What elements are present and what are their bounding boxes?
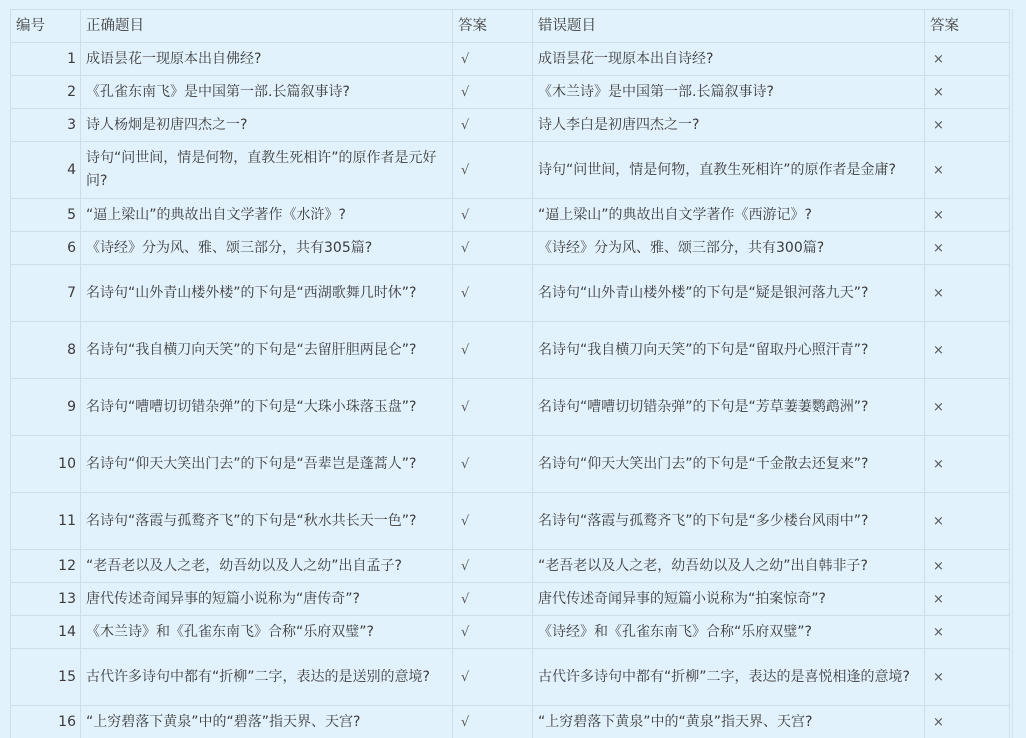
row-num: 5 [11,199,81,232]
table-row: 13 唐代传述奇闻异事的短篇小说称为“唐传奇”? √ 唐代传述奇闻异事的短篇小说… [11,583,1010,616]
row-num: 3 [11,109,81,142]
wrong-question: 成语昙花一现原本出自诗经? [533,43,925,76]
wrong-question: 名诗句“仰天大笑出门去”的下句是“千金散去还复来”? [533,436,925,493]
wrong-question: 名诗句“嘈嘈切切错杂弹”的下句是“芳草萋萋鹦鹉洲”? [533,379,925,436]
check-icon: √ [453,706,533,738]
table-row: 14 《木兰诗》和《孔雀东南飞》合称“乐府双璧”? √ 《诗经》和《孔雀东南飞》… [11,616,1010,649]
correct-question: “逼上梁山”的典故出自文学著作《水浒》? [81,199,453,232]
correct-question: 诗人杨炯是初唐四杰之一? [81,109,453,142]
table-row: 11 名诗句“落霞与孤鹜齐飞”的下句是“秋水共长天一色”? √ 名诗句“落霞与孤… [11,493,1010,550]
wrong-question: “上穷碧落下黄泉”中的“黄泉”指天界、天宫? [533,706,925,738]
wrong-question: 名诗句“山外青山楼外楼”的下句是“疑是银河落九天”? [533,265,925,322]
check-icon: √ [453,76,533,109]
cross-icon: × [925,265,1010,322]
table-row: 4 诗句“问世间，情是何物，直教生死相许”的原作者是元好问? √ 诗句“问世间，… [11,142,1010,199]
wrong-question: 《木兰诗》是中国第一部.长篇叙事诗? [533,76,925,109]
row-num: 13 [11,583,81,616]
correct-question: 名诗句“仰天大笑出门去”的下句是“吾辈岂是蓬蒿人”? [81,436,453,493]
table-row: 3 诗人杨炯是初唐四杰之一? √ 诗人李白是初唐四杰之一? × [11,109,1010,142]
check-icon: √ [453,436,533,493]
cross-icon: × [925,550,1010,583]
check-icon: √ [453,649,533,706]
check-icon: √ [453,265,533,322]
row-num: 12 [11,550,81,583]
cross-icon: × [925,493,1010,550]
check-icon: √ [453,199,533,232]
check-icon: √ [453,550,533,583]
check-icon: √ [453,322,533,379]
check-icon: √ [453,379,533,436]
row-num: 9 [11,379,81,436]
correct-question: 成语昙花一现原本出自佛经? [81,43,453,76]
header-correct-question: 正确题目 [81,10,453,43]
cross-icon: × [925,436,1010,493]
check-icon: √ [453,616,533,649]
cross-icon: × [925,109,1010,142]
cross-icon: × [925,616,1010,649]
correct-question: 名诗句“嘈嘈切切错杂弹”的下句是“大珠小珠落玉盘”? [81,379,453,436]
cross-icon: × [925,142,1010,199]
correct-question: 《木兰诗》和《孔雀东南飞》合称“乐府双璧”? [81,616,453,649]
cross-icon: × [925,43,1010,76]
table-row: 16 “上穷碧落下黄泉”中的“碧落”指天界、天宫? √ “上穷碧落下黄泉”中的“… [11,706,1010,738]
wrong-question: 诗人李白是初唐四杰之一? [533,109,925,142]
row-num: 2 [11,76,81,109]
row-num: 1 [11,43,81,76]
check-icon: √ [453,232,533,265]
correct-question: 诗句“问世间，情是何物，直教生死相许”的原作者是元好问? [81,142,453,199]
check-icon: √ [453,493,533,550]
wrong-question: 诗句“问世间，情是何物，直教生死相许”的原作者是金庸? [533,142,925,199]
correct-question: 《诗经》分为风、雅、颂三部分，共有305篇? [81,232,453,265]
correct-question: 唐代传述奇闻异事的短篇小说称为“唐传奇”? [81,583,453,616]
table-row: 1 成语昙花一现原本出自佛经? √ 成语昙花一现原本出自诗经? × [11,43,1010,76]
wrong-question: 名诗句“落霞与孤鹜齐飞”的下句是“多少楼台风雨中”? [533,493,925,550]
table-row: 9 名诗句“嘈嘈切切错杂弹”的下句是“大珠小珠落玉盘”? √ 名诗句“嘈嘈切切错… [11,379,1010,436]
correct-question: 名诗句“山外青山楼外楼”的下句是“西湖歌舞几时休”? [81,265,453,322]
wrong-question: 《诗经》和《孔雀东南飞》合称“乐府双璧”? [533,616,925,649]
row-num: 11 [11,493,81,550]
cross-icon: × [925,232,1010,265]
quiz-table: 编号 正确题目 答案 错误题目 答案 1 成语昙花一现原本出自佛经? √ 成语昙… [10,9,1010,738]
row-num: 7 [11,265,81,322]
header-correct-answer: 答案 [453,10,533,43]
table-row: 2 《孔雀东南飞》是中国第一部.长篇叙事诗? √ 《木兰诗》是中国第一部.长篇叙… [11,76,1010,109]
table-row: 8 名诗句“我自横刀向天笑”的下句是“去留肝胆两昆仑”? √ 名诗句“我自横刀向… [11,322,1010,379]
wrong-question: “老吾老以及人之老，幼吾幼以及人之幼”出自韩非子? [533,550,925,583]
wrong-question: “逼上梁山”的典故出自文学著作《西游记》? [533,199,925,232]
row-num: 16 [11,706,81,738]
right-border-rule [1012,9,1013,738]
check-icon: √ [453,109,533,142]
row-num: 6 [11,232,81,265]
cross-icon: × [925,583,1010,616]
row-num: 8 [11,322,81,379]
header-row: 编号 正确题目 答案 错误题目 答案 [11,10,1010,43]
wrong-question: 唐代传述奇闻异事的短篇小说称为“拍案惊奇”? [533,583,925,616]
row-num: 10 [11,436,81,493]
header-num: 编号 [11,10,81,43]
table-row: 15 古代许多诗句中都有“折柳”二字，表达的是送别的意境? √ 古代许多诗句中都… [11,649,1010,706]
correct-question: “上穷碧落下黄泉”中的“碧落”指天界、天宫? [81,706,453,738]
check-icon: √ [453,43,533,76]
table-row: 12 “老吾老以及人之老，幼吾幼以及人之幼”出自孟子? √ “老吾老以及人之老，… [11,550,1010,583]
correct-question: 名诗句“我自横刀向天笑”的下句是“去留肝胆两昆仑”? [81,322,453,379]
wrong-question: 古代许多诗句中都有“折柳”二字，表达的是喜悦相逢的意境? [533,649,925,706]
check-icon: √ [453,142,533,199]
cross-icon: × [925,706,1010,738]
row-num: 14 [11,616,81,649]
row-num: 15 [11,649,81,706]
cross-icon: × [925,76,1010,109]
correct-question: 古代许多诗句中都有“折柳”二字，表达的是送别的意境? [81,649,453,706]
correct-question: 《孔雀东南飞》是中国第一部.长篇叙事诗? [81,76,453,109]
table-row: 10 名诗句“仰天大笑出门去”的下句是“吾辈岂是蓬蒿人”? √ 名诗句“仰天大笑… [11,436,1010,493]
wrong-question: 《诗经》分为风、雅、颂三部分，共有300篇? [533,232,925,265]
table-row: 5 “逼上梁山”的典故出自文学著作《水浒》? √ “逼上梁山”的典故出自文学著作… [11,199,1010,232]
cross-icon: × [925,379,1010,436]
check-icon: √ [453,583,533,616]
cross-icon: × [925,199,1010,232]
table-row: 7 名诗句“山外青山楼外楼”的下句是“西湖歌舞几时休”? √ 名诗句“山外青山楼… [11,265,1010,322]
wrong-question: 名诗句“我自横刀向天笑”的下句是“留取丹心照汗青”? [533,322,925,379]
correct-question: 名诗句“落霞与孤鹜齐飞”的下句是“秋水共长天一色”? [81,493,453,550]
cross-icon: × [925,322,1010,379]
cross-icon: × [925,649,1010,706]
table-row: 6 《诗经》分为风、雅、颂三部分，共有305篇? √ 《诗经》分为风、雅、颂三部… [11,232,1010,265]
header-wrong-answer: 答案 [925,10,1010,43]
row-num: 4 [11,142,81,199]
header-wrong-question: 错误题目 [533,10,925,43]
correct-question: “老吾老以及人之老，幼吾幼以及人之幼”出自孟子? [81,550,453,583]
